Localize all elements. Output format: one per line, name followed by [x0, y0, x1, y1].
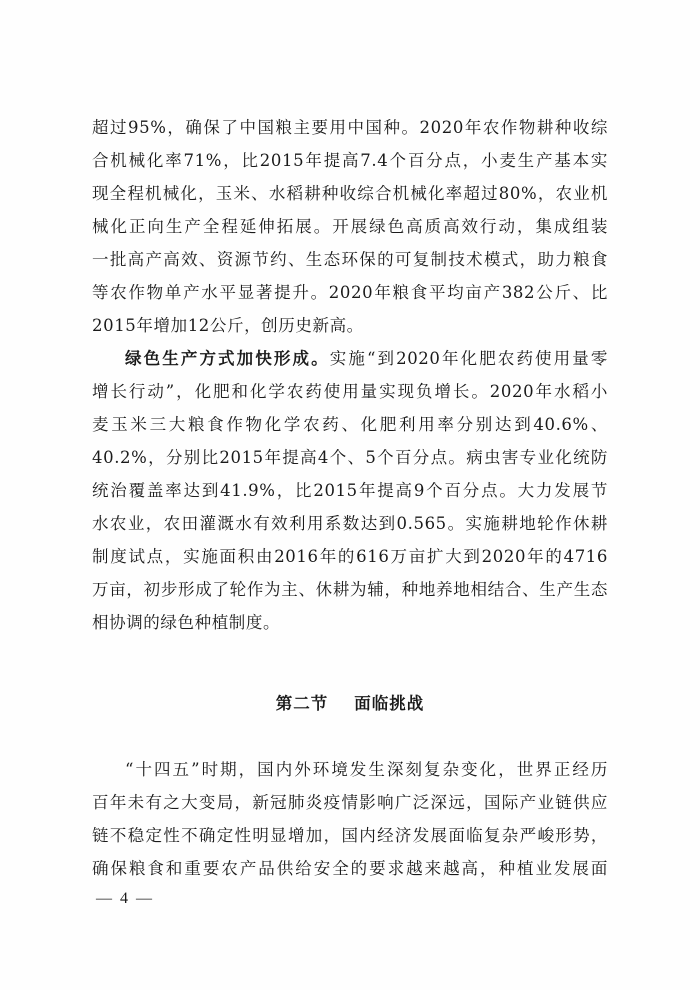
- paragraph-lead-heading: 绿色生产方式加快形成。: [125, 349, 330, 368]
- text-line: 40.2%，分别比2015年提高4个、5个百分点。病虫害专业化统防: [92, 441, 608, 474]
- text-line: 麦玉米三大粮食作物化学农药、化肥利用率分别达到40.6%、: [92, 408, 608, 441]
- paragraph-mechanization: 超过95%，确保了中国粮主要用中国种。2020年农作物耕种收综 合机械化率71%…: [92, 111, 608, 342]
- document-page: 超过95%，确保了中国粮主要用中国种。2020年农作物耕种收综 合机械化率71%…: [0, 0, 700, 990]
- text-line: 制度试点，实施面积由2016年的616万亩扩大到2020年的4716: [92, 540, 608, 573]
- text-line: 超过95%，确保了中国粮主要用中国种。2020年农作物耕种收综: [92, 111, 608, 144]
- text-run: 实施“到2020年化肥农药使用量零: [330, 349, 608, 368]
- text-line: 现全程机械化，玉米、水稻耕种收综合机械化率超过80%，农业机: [92, 177, 608, 210]
- text-line: 相协调的绿色种植制度。: [92, 606, 608, 639]
- section-number: 第二节: [276, 694, 329, 713]
- text-line: 一批高产高效、资源节约、生态环保的可复制技术模式，助力粮食: [92, 243, 608, 276]
- text-line: 确保粮食和重要农产品供给安全的要求越来越高，种植业发展面: [92, 852, 608, 885]
- paragraph-first-line: 绿色生产方式加快形成。实施“到2020年化肥农药使用量零: [92, 342, 608, 375]
- page-number: — 4 —: [96, 890, 154, 908]
- text-line: 械化正向生产全程延伸拓展。开展绿色高质高效行动，集成组装: [92, 210, 608, 243]
- paragraph-challenges: “十四五”时期，国内外环境发生深刻复杂变化，世界正经历 百年未有之大变局，新冠肺…: [92, 753, 608, 885]
- text-line: 合机械化率71%，比2015年提高7.4个百分点，小麦生产基本实: [92, 144, 608, 177]
- section-title: 面临挑战: [354, 694, 424, 713]
- text-line: 百年未有之大变局，新冠肺炎疫情影响广泛深远，国际产业链供应: [92, 786, 608, 819]
- paragraph-green-production: 绿色生产方式加快形成。实施“到2020年化肥农药使用量零 增长行动”，化肥和化学…: [92, 342, 608, 639]
- text-line: 水农业，农田灌溉水有效利用系数达到0.565。实施耕地轮作休耕: [92, 507, 608, 540]
- text-line: 等农作物单产水平显著提升。2020年粮食平均亩产382公斤、比: [92, 276, 608, 309]
- text-line: 统治覆盖率达到41.9%，比2015年提高9个百分点。大力发展节: [92, 474, 608, 507]
- section-heading: 第二节面临挑战: [0, 690, 700, 714]
- text-line: 万亩，初步形成了轮作为主、休耕为辅，种地养地相结合、生产生态: [92, 573, 608, 606]
- text-line: 2015年增加12公斤，创历史新高。: [92, 309, 608, 342]
- text-line: 增长行动”，化肥和化学农药使用量实现负增长。2020年水稻小: [92, 375, 608, 408]
- text-line: “十四五”时期，国内外环境发生深刻复杂变化，世界正经历: [92, 753, 608, 786]
- text-line: 链不稳定性不确定性明显增加，国内经济发展面临复杂严峻形势，: [92, 819, 608, 852]
